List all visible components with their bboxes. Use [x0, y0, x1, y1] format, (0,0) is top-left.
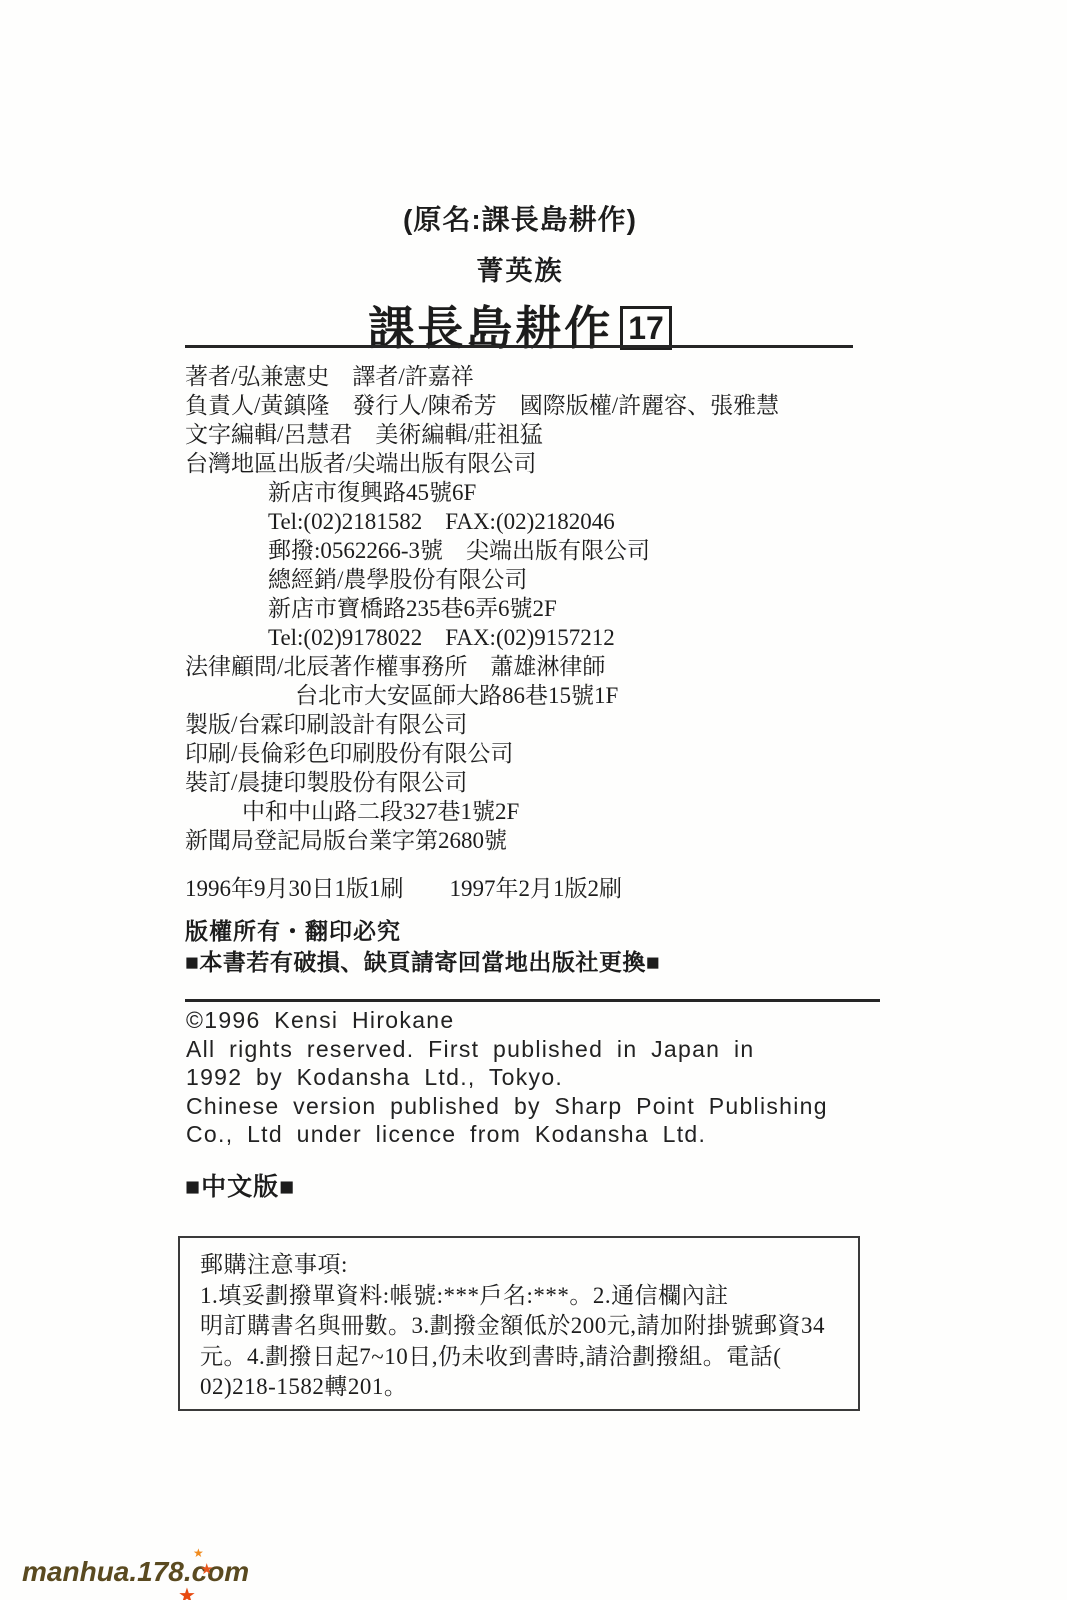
- return-notice: ■本書若有破損、缺頁請寄回當地出版社更換■: [185, 944, 660, 977]
- credits-block: 著者/弘兼憲史 譯者/許嘉祥 負責人/黃鎮隆 發行人/陳希芳 國際版權/許麗容、…: [185, 362, 925, 855]
- mail-order-line: 02)218-1582轉201。: [200, 1372, 848, 1403]
- mail-order-notice-box: 郵購注意事項: 1.填妥劃撥單資料:帳號:***戶名:***。2.通信欄內註 明…: [178, 1236, 860, 1411]
- credit-line-publisher-people: 負責人/黃鎮隆 發行人/陳希芳 國際版權/許麗容、張雅慧: [185, 391, 925, 420]
- mail-order-line: 明訂購書名與冊數。3.劃撥金額低於200元,請加附掛號郵資34: [200, 1311, 848, 1342]
- credit-line-distributor: 總經銷/農學股份有限公司: [185, 565, 925, 594]
- credit-line-legal-advisor: 法律顧問/北辰著作權事務所 蕭雄淋律師: [185, 652, 925, 681]
- mail-order-line: 元。4.劃撥日起7~10日,仍未收到書時,請洽劃撥組。電話(: [200, 1342, 848, 1373]
- divider-top: [185, 345, 853, 348]
- credit-line-distributor-address: 新店市寶橋路235巷6弄6號2F: [185, 594, 925, 623]
- english-line-licence: Co., Ltd under licence from Kodansha Ltd…: [186, 1120, 828, 1149]
- print-dates: 1996年9月30日1版1刷 1997年2月1版2刷: [185, 870, 622, 903]
- credit-line-author: 著者/弘兼憲史 譯者/許嘉祥: [185, 362, 925, 391]
- english-line-rights: All rights reserved. First published in …: [186, 1035, 828, 1064]
- english-copyright-block: ©1996 Kensi Hirokane All rights reserved…: [186, 1006, 828, 1149]
- mail-order-line: 1.填妥劃撥單資料:帳號:***戶名:***。2.通信欄內註: [200, 1281, 848, 1312]
- credit-line-postal-account: 郵撥:0562266-3號 尖端出版有限公司: [185, 536, 925, 565]
- credit-line-printing: 印刷/長倫彩色印刷股份有限公司: [185, 739, 925, 768]
- colophon-page: (原名:課長島耕作) 菁英族 課長島耕作17 著者/弘兼憲史 譯者/許嘉祥 負責…: [0, 0, 1067, 1600]
- chinese-edition-label: ■中文版■: [185, 1167, 295, 1203]
- site-watermark: manhua.178.com: [22, 1556, 249, 1588]
- series-label: 菁英族: [0, 249, 1040, 288]
- credit-line-binding-address: 中和中山路二段327巷1號2F: [185, 797, 925, 826]
- credit-line-distributor-tel-fax: Tel:(02)9178022 FAX:(02)9157212: [185, 623, 925, 652]
- credit-line-binding: 裝訂/晨捷印製股份有限公司: [185, 768, 925, 797]
- credit-line-legal-address: 台北市大安區師大路86巷15號1F: [185, 681, 925, 710]
- english-line-kodansha: 1992 by Kodansha Ltd., Tokyo.: [186, 1063, 828, 1092]
- credit-line-publisher-tel-fax: Tel:(02)2181582 FAX:(02)2182046: [185, 507, 925, 536]
- star-icon: ★: [200, 1563, 213, 1578]
- divider-bottom: [185, 999, 880, 1002]
- title-block: (原名:課長島耕作) 菁英族 課長島耕作17: [0, 198, 1040, 354]
- credit-line-taiwan-publisher: 台灣地區出版者/尖端出版有限公司: [185, 449, 925, 478]
- star-icon: ★: [193, 1547, 204, 1559]
- credit-line-plate-making: 製版/台霖印刷設計有限公司: [185, 710, 925, 739]
- credit-line-gio-registration: 新聞局登記局版台業字第2680號: [185, 826, 925, 855]
- star-icon: ★: [178, 1586, 196, 1600]
- mail-order-title: 郵購注意事項:: [200, 1250, 848, 1281]
- credit-line-publisher-address: 新店市復興路45號6F: [185, 478, 925, 507]
- english-line-chinese-version: Chinese version published by Sharp Point…: [186, 1092, 828, 1121]
- english-line-copyright: ©1996 Kensi Hirokane: [186, 1006, 828, 1035]
- original-title-note: (原名:課長島耕作): [0, 198, 1040, 238]
- credit-line-editors: 文字編輯/呂慧君 美術編輯/莊祖猛: [185, 420, 925, 449]
- rights-notice: 版權所有・翻印必究: [185, 913, 401, 946]
- volume-number-badge: 17: [620, 306, 672, 350]
